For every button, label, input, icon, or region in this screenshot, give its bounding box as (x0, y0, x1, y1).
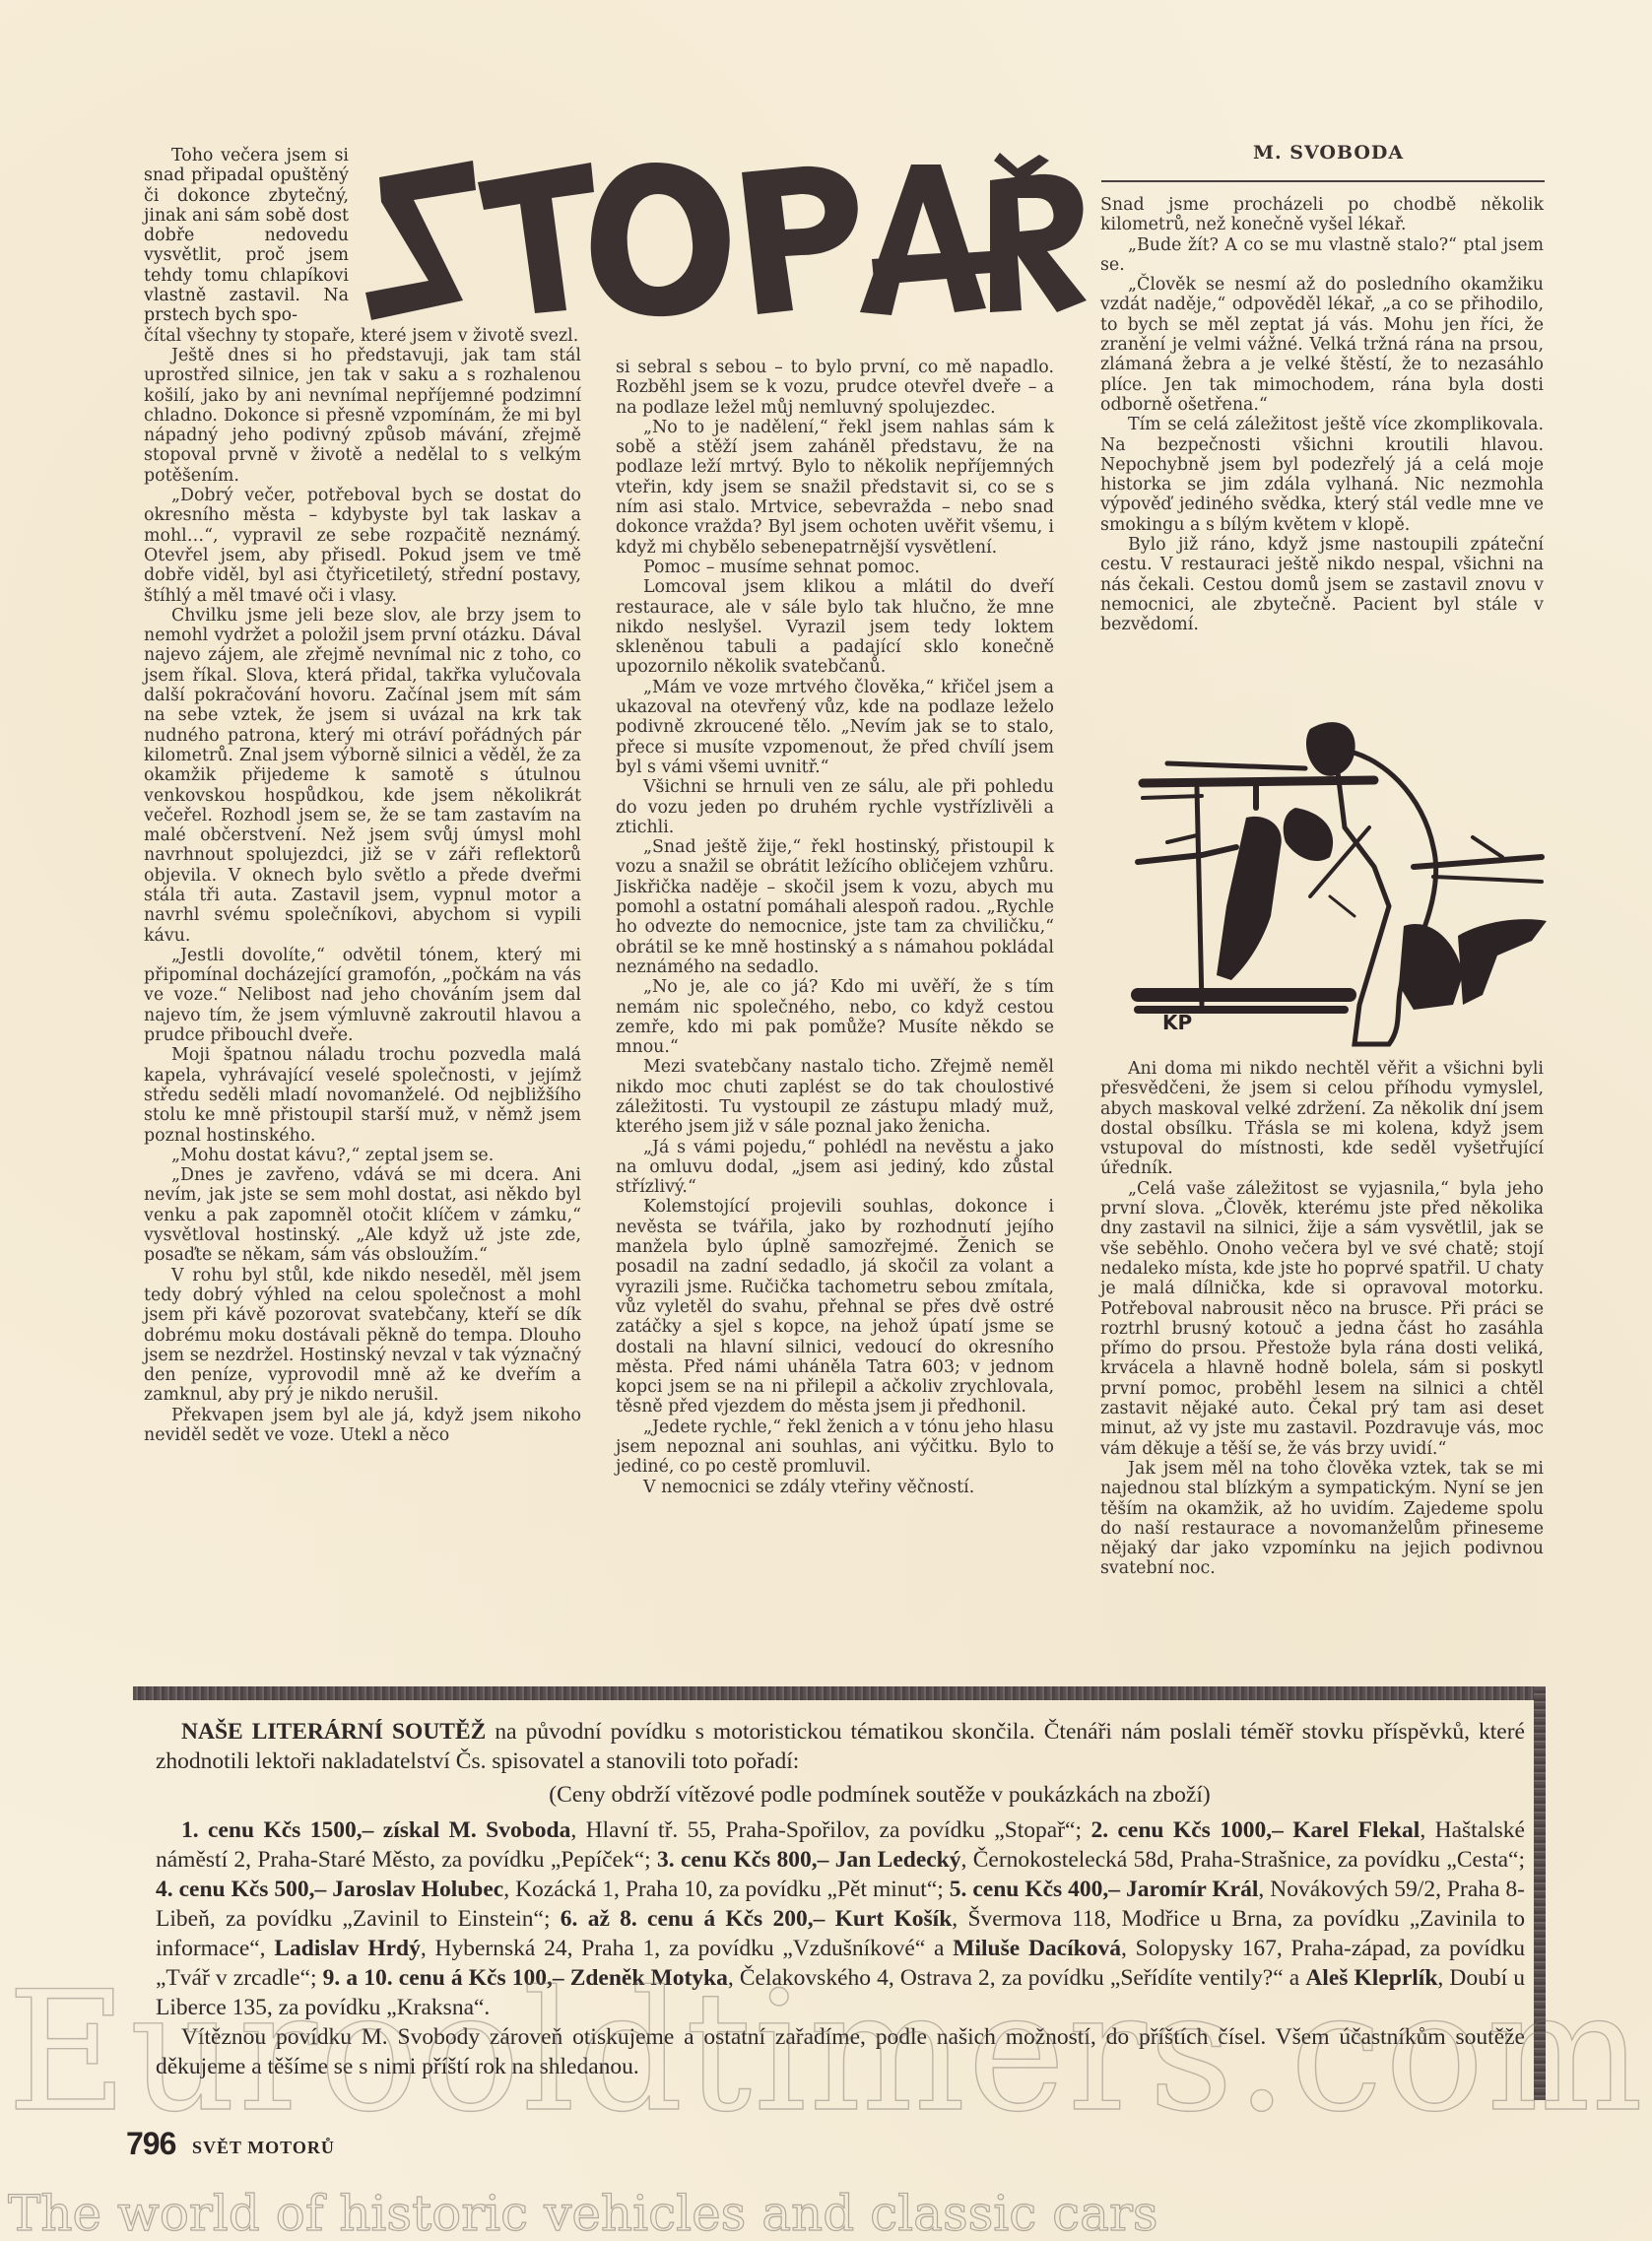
contest-intro: NAŠE LITERÁRNÍ SOUTĚŽ na původní povídku… (156, 1717, 1525, 1776)
contest-heading: NAŠE LITERÁRNÍ SOUTĚŽ (181, 1719, 486, 1745)
paragraph: V rohu byl stůl, kde nikdo neseděl, měl … (144, 1266, 581, 1406)
ink-drawing-icon: KP (1108, 709, 1556, 1054)
paragraph: „Já s vámi pojedu,“ pohlédl na nevěstu a… (616, 1138, 1054, 1198)
paragraph: „Bude žít? A co se mu vlastně stalo?“ pt… (1100, 235, 1544, 276)
paragraph: V nemocnici se zdály vteřiny věčností. (616, 1478, 1054, 1497)
paragraph: „Mám ve voze mrtvého člověka,“ křičel js… (616, 678, 1054, 777)
paragraph: Mezi svatebčany nastalo ticho. Zřejmě ne… (616, 1057, 1054, 1137)
author-byline: M. SVOBODA (1253, 142, 1404, 164)
prize-winner: 6. až 8. cenu á Kčs 200,– Kurt Košík (561, 1906, 953, 1932)
paragraph: Jak jsem měl na toho člověka vztek, tak … (1100, 1459, 1544, 1579)
paragraph: Ani doma mi nikdo nechtěl věřit a všichn… (1100, 1059, 1544, 1179)
paragraph: „Člověk se nesmí až do posledního okamži… (1100, 275, 1544, 415)
watermark-tagline: The world of historic vehicles and class… (8, 2185, 1158, 2241)
paragraph: Pomoc – musíme sehnat pomoc. (616, 558, 1054, 577)
paragraph: „Dobrý večer, potřeboval bych se dostat … (144, 486, 581, 606)
paragraph: „No je, ale co já? Kdo mi uvěří, že s tí… (616, 977, 1054, 1057)
paragraph: „No to je nadělení,“ řekl jsem nahlas sá… (616, 418, 1054, 558)
paragraph: Snad jsme procházeli po chodbě několik k… (1100, 195, 1544, 235)
watermark-domain: Eurooldtimers.com (0, 1955, 1652, 2148)
contest-note: (Ceny obdrží vítězové podle podmínek sou… (156, 1780, 1525, 1810)
intro-paragraph: Toho večera jsem si snad připadal opuště… (144, 146, 349, 326)
paragraph: Ještě dnes si ho představuji, jak tam st… (144, 346, 581, 486)
paragraph: si sebral s sebou – to bylo první, co mě… (616, 358, 1054, 418)
paragraph: Chvilku jsme jeli beze slov, ale brzy js… (144, 606, 581, 946)
paragraph: Tím se celá záležitost ještě více zkompl… (1100, 415, 1544, 535)
paragraph: čítal všechny ty stopaře, které jsem v ž… (144, 326, 581, 346)
page-number: 796 (126, 2126, 175, 2162)
paragraph: Lomcoval jsem klikou a mlátil do dveří r… (616, 577, 1054, 677)
section-divider (133, 1686, 1544, 1700)
prize-details: , Hlavní tř. 55, Praha-Spořilov, za poví… (570, 1817, 1090, 1843)
paragraph: „Mohu dostat kávu?,“ zeptal jsem se. (144, 1146, 581, 1165)
paragraph: „Jestli dovolíte,“ odvětil tónem, který … (144, 946, 581, 1045)
paragraph: „Jedete rychle,“ řekl ženich a v tónu je… (616, 1417, 1054, 1478)
prize-winner: 1. cenu Kčs 1500,– získal M. Svoboda (181, 1817, 570, 1843)
prize-details: , Černokostelecká 58d, Praha-Strašnice, … (961, 1847, 1525, 1873)
paragraph: „Snad ještě žije,“ řekl hostinský, přist… (616, 837, 1054, 977)
middle-column: si sebral s sebou – to bylo první, co mě… (616, 358, 1054, 1497)
prize-winner: 2. cenu Kčs 1000,– Karel Flekal (1090, 1817, 1420, 1843)
prize-winner: 3. cenu Kčs 800,– Jan Ledecký (657, 1847, 960, 1873)
paragraph: „Dnes je zavřeno, vdává se mi dcera. Ani… (144, 1165, 581, 1265)
paragraph: Překvapen jsem byl ale já, když jsem nik… (144, 1406, 581, 1446)
left-column: Toho večera jsem si snad připadal opuště… (144, 146, 581, 1445)
intro-text: Toho večera jsem si snad připadal opuště… (144, 146, 349, 325)
prize-winner: 5. cenu Kčs 400,– Jaromír Král (950, 1877, 1259, 1902)
illustrator-signature: KP (1162, 1011, 1192, 1034)
paragraph: Bylo již ráno, když jsme nastoupili zpát… (1100, 535, 1544, 634)
paragraph: Kolemstojící projevili souhlas, dokonce … (616, 1197, 1054, 1417)
prize-winner: 4. cenu Kčs 500,– Jaroslav Holubec (156, 1877, 503, 1902)
left-column-body: čítal všechny ty stopaře, které jsem v ž… (144, 326, 581, 1446)
paragraph: Moji špatnou náladu trochu pozvedla malá… (144, 1045, 581, 1145)
prize-details: , Kozácká 1, Praha 10, za povídku „Pět m… (503, 1877, 950, 1902)
paragraph: „Celá vaše záležitost se vyjasnila,“ byl… (1100, 1179, 1544, 1459)
right-column-top: Snad jsme procházeli po chodbě několik k… (1100, 195, 1544, 635)
magazine-name: SVĚT MOTORŮ (192, 2138, 335, 2158)
author-divider (1101, 180, 1545, 182)
paragraph: Všichni se hrnuli ven ze sálu, ale při p… (616, 777, 1054, 837)
right-column-bottom: Ani doma mi nikdo nechtěl věřit a všichn… (1100, 1059, 1544, 1579)
